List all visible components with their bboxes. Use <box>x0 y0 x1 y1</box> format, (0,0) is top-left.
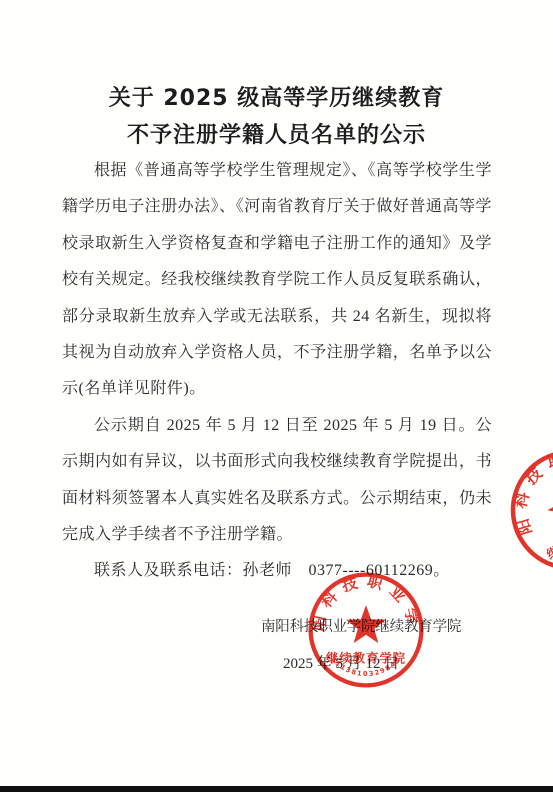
svg-text:南阳科技职业学院: 南阳科技职业学院 <box>482 421 553 549</box>
scan-edge-bar <box>0 786 553 792</box>
paragraph-publicity-period: 公示期自 2025 年 5 月 12 日至 2025 年 5 月 19 日。公示… <box>62 408 492 554</box>
seal-ring <box>493 432 553 589</box>
notice-title-line1: 关于 2025 级高等学历继续教育 <box>0 80 553 117</box>
seal-ring-text: 南阳科技职业学院 <box>482 421 553 549</box>
seal-serial-number: 4113810329843 <box>550 516 553 573</box>
notice-body: 根据《普通高等学校学生管理规定》、《高等学校学生学籍学历电子注册办法》、《河南省… <box>62 153 492 590</box>
seal-center-text: 继续教育学院 <box>544 510 553 564</box>
signature-org: 南阳科技职业学院继续教育学院 <box>261 615 461 636</box>
document-page: 关于 2025 级高等学历继续教育 不予注册学籍人员名单的公示 根据《普通高等学… <box>0 0 553 792</box>
paragraph-basis: 根据《普通高等学校学生管理规定》、《高等学校学生学籍学历电子注册办法》、《河南省… <box>62 153 492 408</box>
official-seal-partial: 南阳科技职业学院 继续教育学院 4113810329843 <box>482 421 553 600</box>
star-icon <box>540 477 553 532</box>
contact-line: 联系人及联系电话：孙老师 0377----60112269。 <box>62 553 492 589</box>
notice-title-line2: 不予注册学籍人员名单的公示 <box>0 117 553 154</box>
svg-text:4113810329843: 4113810329843 <box>550 516 553 573</box>
notice-title: 关于 2025 级高等学历继续教育 不予注册学籍人员名单的公示 <box>0 80 553 154</box>
signature-date: 2025 年 5 月 12 日 <box>283 652 399 673</box>
